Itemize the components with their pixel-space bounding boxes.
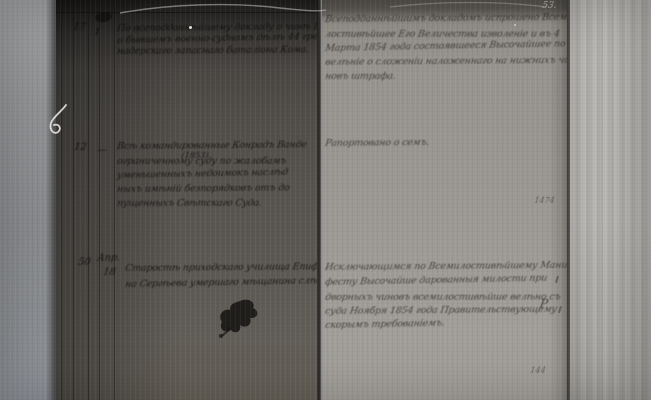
entry-number: 12 [73, 142, 87, 153]
manuscript-line: дворныхъ чиновъ всемилостивѣйше велѣно с… [324, 292, 561, 303]
manuscript-line: надерскаго запаснаго баталіона Кома. [116, 44, 310, 57]
manuscript-line: Всѣ командированные Конрадъ Ванде [116, 139, 307, 152]
manuscript-line: новъ штрафа. [324, 71, 396, 82]
pencil-annotation: 144 [529, 366, 546, 375]
manuscript-line: Марта 1854 года состоявшееся Высочайшее … [324, 38, 566, 54]
manuscript-line: суда Ноября 1854 года Правительствующему [324, 304, 557, 317]
manuscript-line: Старостѣ приходскаго училища Епифа [124, 261, 317, 274]
entry-number: 50 [77, 257, 91, 268]
manuscript-line: Рапортовано о семъ. [324, 137, 430, 149]
manuscript-line: фесту Высочайше дарованныя милости при [324, 273, 548, 288]
entry-month: Апр. [96, 253, 121, 264]
entry-day: 1 [93, 27, 101, 38]
thread-artifact [40, 102, 74, 150]
backing-surface-right [570, 0, 651, 400]
dust-speck [189, 26, 192, 29]
right-page-text-layer: 53. Всеподданнѣйшимъ докладомъ испрошено… [322, 0, 567, 400]
glare-line [110, 0, 570, 24]
entry-day: — [96, 145, 108, 156]
pencil-annotation: 1474 [533, 196, 555, 205]
entry-day: 18 [102, 267, 116, 278]
interline-insert: (1853) [180, 151, 209, 161]
manuscript-line: Исключающимся по Всемилостивѣйшему Мани [324, 260, 567, 273]
manuscript-line: ныхъ имѣній безпорядковъ отъ до [116, 182, 290, 195]
center-gutter-fold [317, 0, 321, 400]
pencil-tick [555, 276, 559, 283]
manuscript-line: уменьшенныхъ недоимокъ наслѣд [116, 167, 289, 181]
archival-document-photo: 17 1 По всеподданнѣйшему докладу о чинѣ … [0, 0, 651, 400]
manuscript-line: скорымъ требованіемъ. [324, 318, 445, 331]
manuscript-line: пущенныхъ Свѣтскаго Суда. [116, 198, 262, 209]
manuscript-line: на Сергѣева умершаго мѣщанина слѣд. [124, 275, 317, 290]
entry-number: 17 [72, 22, 86, 33]
ink-blot [214, 296, 262, 340]
pencil-tick [558, 306, 562, 313]
left-page-text-layer: 17 1 По всеподданнѣйшему докладу о чинѣ … [56, 0, 317, 400]
dust-speck [514, 24, 516, 26]
manuscript-line: велѣніе о сложеніи наложеннаго на нижних… [324, 55, 567, 68]
